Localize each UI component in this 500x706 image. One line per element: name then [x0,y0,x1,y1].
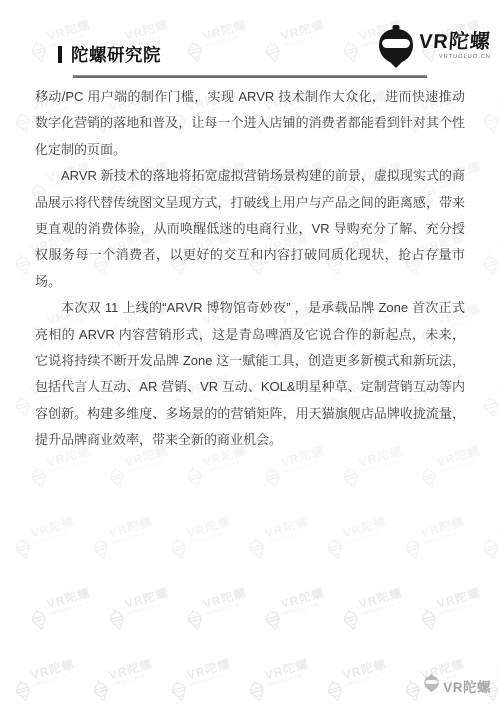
vr-goggle-top-icon [8,670,37,706]
vr-goggle-top-icon [320,670,349,706]
vr-goggle-top-icon [8,528,37,568]
vr-goggle-top-icon [86,670,115,706]
watermark: VR陀螺 VRTUOLUO.CN [476,87,500,142]
vr-goggle-top-icon [8,102,37,142]
vr-goggle-top-icon [180,599,209,639]
watermark-wordmark: VR陀螺 [280,19,327,44]
watermark-text: VR陀螺 VRTUOLUO.CN [280,19,328,49]
watermark: VR陀螺 VRTUOLUO.CN [242,655,323,706]
watermark-wordmark: VR陀螺 [46,19,93,44]
watermark-domain: VRTUOLUO.CN [127,457,171,474]
vr-goggle-top-icon [492,173,500,213]
watermark: VR陀螺 VRTUOLUO.CN [258,584,339,639]
watermark-domain: VRTUOLUO.CN [33,528,77,545]
header-divider [73,75,427,78]
watermark-text: VR陀螺 VRTUOLUO.CN [264,516,312,546]
watermark-wordmark: VR陀螺 [264,658,311,683]
document-page: VR陀螺 VRTUOLUO.CN VR陀螺 VRTUOLUO.CN [0,0,500,706]
watermark: VR陀螺 VRTUOLUO.CN [320,513,401,568]
watermark-text: VR陀螺 VRTUOLUO.CN [202,19,250,49]
vr-goggle-top-icon [492,315,500,355]
watermark-text: VR陀螺 VRTUOLUO.CN [30,516,78,546]
brand-logo: VR陀螺 VRTUOLUO.CN [376,25,491,74]
watermark: VR陀螺 VRTUOLUO.CN [336,584,417,639]
watermark-text: VR陀螺 VRTUOLUO.CN [280,587,328,617]
vr-goggle-top-icon [476,386,500,426]
watermark: VR陀螺 VRTUOLUO.CN [492,584,500,639]
watermark-text: VR陀螺 VRTUOLUO.CN [264,658,312,688]
watermark-domain: VRTUOLUO.CN [283,457,327,474]
watermark-text: VR陀螺 VRTUOLUO.CN [30,658,78,688]
watermark: VR陀螺 VRTUOLUO.CN [24,584,105,639]
watermark-wordmark: VR陀螺 [186,658,233,683]
watermark-text: VR陀螺 VRTUOLUO.CN [420,516,468,546]
vr-goggle-top-icon [492,599,500,639]
watermark-domain: VRTUOLUO.CN [423,528,467,545]
vr-goggle-top-icon [180,31,209,71]
watermark-text: VR陀螺 VRTUOLUO.CN [186,658,234,688]
article-body: 移动/PC 用户端的制作门槛，实现 ARVR 技术制作大众化，进而快速推动数字化… [35,84,465,454]
vr-goggle-top-icon [414,599,443,639]
vr-goggle-top-icon [24,599,53,639]
vr-goggle-top-icon [476,102,500,142]
watermark: VR陀螺 VRTUOLUO.CN [398,513,479,568]
vr-goggle-top-icon [102,599,131,639]
watermark-domain: VRTUOLUO.CN [189,670,233,687]
watermark: VR陀螺 VRTUOLUO.CN [180,584,261,639]
watermark-domain: VRTUOLUO.CN [283,31,327,48]
watermark-wordmark: VR陀螺 [30,658,77,683]
vr-goggle-top-icon [423,674,443,698]
watermark-domain: VRTUOLUO.CN [361,457,405,474]
watermark-domain: VRTUOLUO.CN [49,599,93,616]
watermark: VR陀螺 VRTUOLUO.CN [8,655,89,706]
watermark: VR陀螺 VRTUOLUO.CN [164,513,245,568]
watermark-domain: VRTUOLUO.CN [111,670,155,687]
vr-goggle-top-icon [476,528,500,568]
footer-brand-label: VR陀螺 [443,676,491,696]
vr-goggle-top-icon [492,31,500,71]
vr-goggle-top-icon [336,457,365,497]
watermark-wordmark: VR陀螺 [436,587,483,612]
watermark: VR陀螺 VRTUOLUO.CN [476,229,500,284]
watermark-text: VR陀螺 VRTUOLUO.CN [436,587,484,617]
watermark: VR陀螺 VRTUOLUO.CN [492,442,500,497]
vr-goggle-top-icon [258,31,287,71]
vr-goggle-top-icon [242,670,271,706]
watermark-wordmark: VR陀螺 [342,658,389,683]
watermark-wordmark: VR陀螺 [108,516,155,541]
watermark-domain: VRTUOLUO.CN [267,670,311,687]
watermark-text: VR陀螺 VRTUOLUO.CN [108,516,156,546]
watermark-wordmark: VR陀螺 [358,587,405,612]
watermark-wordmark: VR陀螺 [420,516,467,541]
watermark-domain: VRTUOLUO.CN [205,457,249,474]
watermark: VR陀螺 VRTUOLUO.CN [258,16,339,71]
watermark: VR陀螺 VRTUOLUO.CN [492,158,500,213]
brand-logo-text: VR陀螺 VRTUOLUO.CN [419,32,491,60]
page-header: 陀螺研究院 [58,42,161,67]
watermark: VR陀螺 VRTUOLUO.CN [492,16,500,71]
vr-goggle-top-icon [336,599,365,639]
watermark: VR陀螺 VRTUOLUO.CN [414,584,495,639]
watermark-domain: VRTUOLUO.CN [205,599,249,616]
vr-goggle-top-icon [320,528,349,568]
watermark-text: VR陀螺 VRTUOLUO.CN [124,587,172,617]
watermark-domain: VRTUOLUO.CN [111,528,155,545]
watermark-wordmark: VR陀螺 [108,658,155,683]
vr-goggle-top-icon [376,25,416,74]
watermark-wordmark: VR陀螺 [280,587,327,612]
vr-goggle-top-icon [336,31,365,71]
section-title: 陀螺研究院 [71,42,161,67]
watermark-domain: VRTUOLUO.CN [205,31,249,48]
watermark-text: VR陀螺 VRTUOLUO.CN [186,516,234,546]
paragraph-2: ARVR 新技术的落地将拓宽虚拟营销场景构建的前景，虚拟现实式的商品展示将代替传… [35,163,465,295]
brand-domain: VRTUOLUO.CN [439,54,491,60]
vr-goggle-top-icon [492,457,500,497]
watermark-domain: VRTUOLUO.CN [439,457,483,474]
vr-goggle-top-icon [476,244,500,284]
watermark: VR陀螺 VRTUOLUO.CN [476,371,500,426]
watermark-text: VR陀螺 VRTUOLUO.CN [342,516,390,546]
paragraph-1: 移动/PC 用户端的制作门槛，实现 ARVR 技术制作大众化，进而快速推动数字化… [35,84,465,163]
watermark: VR陀螺 VRTUOLUO.CN [102,584,183,639]
watermark: VR陀螺 VRTUOLUO.CN [242,513,323,568]
vr-goggle-top-icon [180,457,209,497]
vr-goggle-top-icon [398,528,427,568]
watermark: VR陀螺 VRTUOLUO.CN [320,655,401,706]
vr-goggle-top-icon [414,457,443,497]
watermark-domain: VRTUOLUO.CN [49,457,93,474]
watermark-wordmark: VR陀螺 [342,516,389,541]
watermark: VR陀螺 VRTUOLUO.CN [86,655,167,706]
watermark-wordmark: VR陀螺 [202,19,249,44]
watermark-wordmark: VR陀螺 [124,587,171,612]
vr-goggle-top-icon [8,386,37,426]
watermark-domain: VRTUOLUO.CN [439,599,483,616]
watermark-text: VR陀螺 VRTUOLUO.CN [46,587,94,617]
title-accent-bar [58,46,62,63]
watermark-domain: VRTUOLUO.CN [361,599,405,616]
watermark: VR陀螺 VRTUOLUO.CN [476,513,500,568]
watermark-wordmark: VR陀螺 [30,516,77,541]
watermark-wordmark: VR陀螺 [186,516,233,541]
vr-goggle-top-icon [8,244,37,284]
vr-goggle-top-icon [102,457,131,497]
watermark: VR陀螺 VRTUOLUO.CN [180,16,261,71]
paragraph-3: 本次双 11 上线的“ARVR 博物馆奇妙夜” ，是承载品牌 Zone 首次正式… [35,295,465,453]
watermark: VR陀螺 VRTUOLUO.CN [164,655,245,706]
footer-brand-mark: VR陀螺 [423,674,491,698]
vr-goggle-top-icon [258,457,287,497]
brand-wordmark: VR陀螺 [419,32,492,52]
vr-goggle-top-icon [86,528,115,568]
watermark-text: VR陀螺 VRTUOLUO.CN [342,658,390,688]
watermark: VR陀螺 VRTUOLUO.CN [86,513,167,568]
vr-goggle-top-icon [24,31,53,71]
watermark-domain: VRTUOLUO.CN [345,670,389,687]
watermark: VR陀螺 VRTUOLUO.CN [492,300,500,355]
watermark-text: VR陀螺 VRTUOLUO.CN [202,587,250,617]
vr-goggle-top-icon [164,528,193,568]
watermark-domain: VRTUOLUO.CN [189,528,233,545]
vr-goggle-top-icon [242,528,271,568]
watermark-domain: VRTUOLUO.CN [345,528,389,545]
watermark-wordmark: VR陀螺 [202,587,249,612]
vr-goggle-top-icon [24,457,53,497]
watermark-domain: VRTUOLUO.CN [33,670,77,687]
watermark-wordmark: VR陀螺 [46,587,93,612]
vr-goggle-top-icon [164,670,193,706]
watermark-text: VR陀螺 VRTUOLUO.CN [108,658,156,688]
watermark-domain: VRTUOLUO.CN [127,599,171,616]
watermark: VR陀螺 VRTUOLUO.CN [8,513,89,568]
watermark-wordmark: VR陀螺 [264,516,311,541]
vr-goggle-top-icon [258,599,287,639]
watermark-text: VR陀螺 VRTUOLUO.CN [358,587,406,617]
watermark-domain: VRTUOLUO.CN [283,599,327,616]
watermark-wordmark: VR陀螺 [124,19,171,44]
watermark-domain: VRTUOLUO.CN [267,528,311,545]
